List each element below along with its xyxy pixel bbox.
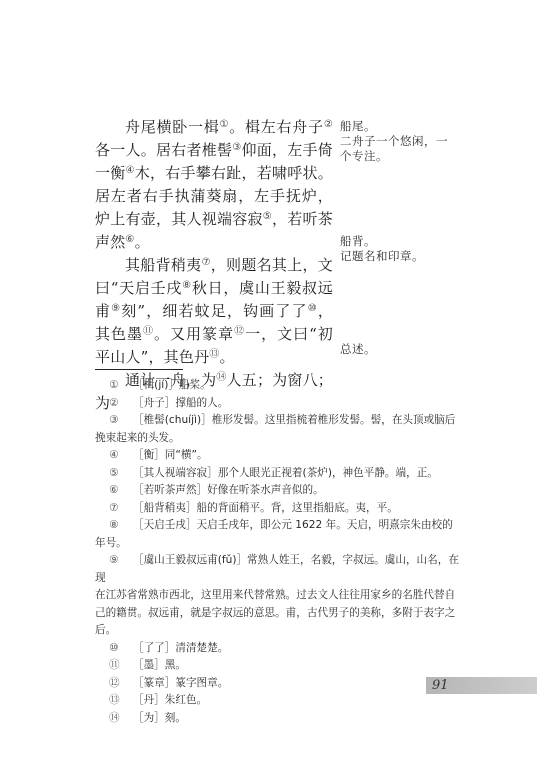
footnote-marker: ⑫ [234, 326, 245, 337]
footnote-text: ［若听茶声然］好像在听茶水声音似的。 [133, 484, 324, 496]
footnote-text: ［为］刻。 [133, 712, 186, 724]
footnote-text: ［天启壬戌］天启壬戌年，即公元 1622 年。天启，明熹宗朱由校的年号。 [95, 519, 453, 549]
footnote-marker: ② [324, 119, 333, 130]
footnote-item: ⑩［了了］清清楚楚。 [95, 640, 463, 658]
side-note-line: 总述。 [340, 342, 460, 357]
footnote-number: ③ [95, 412, 133, 430]
footnotes: ①［楫(jí)］船桨。②［舟子］撑船的人。③［椎髻(chuíjì)］椎形发髻。这… [95, 377, 463, 727]
footnote-item: ⑫［篆章］篆字图章。 [95, 675, 463, 693]
footnote-continuation: 挽束起来的头发。 [95, 430, 463, 448]
footnote-number: ⑩ [95, 640, 133, 658]
footnote-number: ⑥ [95, 482, 133, 500]
footnote-number: ⑪ [95, 657, 133, 675]
footnote-number: ⑭ [95, 710, 133, 728]
footnote-number: ② [95, 395, 133, 413]
footnote-marker: ⑩ [308, 303, 318, 314]
side-note-line: 记题名和印章。 [340, 249, 460, 264]
footnote-marker: ⑦ [201, 257, 210, 268]
footnote-text: ［衡］同“横”。 [133, 449, 208, 461]
footnote-text: ［楫(jí)］船桨。 [133, 379, 211, 391]
footnote-number: ⑧ [95, 517, 133, 535]
footnote-item: ⑤［其人视端容寂］那个人眼光正视着(茶炉)，神色平静。端，正。 [95, 465, 463, 483]
text-run: 其船背稍夷 [125, 256, 201, 274]
footnote-divider [95, 369, 183, 370]
side-note-line: 二舟子一个悠闲，一 [340, 134, 460, 149]
footnote-marker: ⑧ [182, 280, 192, 291]
footnote-item: ⑦［船背稍夷］船的背面稍平。背，这里指船底。夷，平。 [95, 500, 463, 518]
footnote-text: ［墨］黑。 [133, 659, 186, 671]
footnote-item: ⑪［墨］黑。 [95, 657, 463, 675]
footnote-item: ④［衡］同“横”。 [95, 447, 463, 465]
footnote-marker: ① [220, 119, 230, 130]
footnote-item: ③［椎髻(chuíjì)］椎形发髻。这里指梳着椎形发髻。髻，在头顶或脑后挽束起来… [95, 412, 463, 447]
footnote-item: ②［舟子］撑船的人。 [95, 395, 463, 413]
footnote-item: ⑧［天启壬戌］天启壬戌年，即公元 1622 年。天启，明熹宗朱由校的年号。 [95, 517, 463, 552]
footnote-item: ⑨［虞山王毅叔远甫(fǔ)］常熟人姓王，名毅，字叔远。虞山，山名，在现在江苏省常… [95, 552, 463, 640]
page-number-bar: 91 [426, 677, 537, 694]
page-number: 91 [432, 677, 449, 694]
footnote-item: ⑥［若听茶声然］好像在听茶水声音似的。 [95, 482, 463, 500]
footnote-number: ⑤ [95, 465, 133, 483]
text-run: 。楫左右舟子 [229, 118, 324, 136]
footnote-text: ［椎髻(chuíjì)］椎形发髻。这里指梳着椎形发髻。髻，在头顶或脑后 [133, 414, 455, 426]
footnote-text: ［船背稍夷］船的背面稍平。背，这里指船底。夷，平。 [133, 502, 398, 514]
text-run: 。 [135, 233, 150, 251]
footnote-marker: ⑪ [143, 326, 154, 337]
text-run: 。又用篆章 [154, 325, 234, 343]
text-run: 舟尾横卧一楫 [125, 118, 220, 136]
side-note-line: 船尾。 [340, 119, 460, 134]
footnote-text: ［丹］朱红色。 [133, 694, 207, 706]
side-note-line: 船背。 [340, 234, 460, 249]
footnote-text: ［舟子］撑船的人。 [133, 397, 228, 409]
footnote-text: ［篆章］篆字图章。 [133, 677, 228, 689]
footnote-number: ⑬ [95, 692, 133, 710]
paragraph-boat-back: 其船背稍夷⑦，则题名其上，文曰“天启壬戌⑧秋日，虞山王毅叔远甫⑨刻”，细若蚊足，… [95, 254, 333, 369]
footnote-marker: ⑨ [111, 303, 121, 314]
side-note: 船尾。二舟子一个悠闲，一个专注。 [340, 119, 460, 164]
side-note-line: 个专注。 [340, 149, 460, 164]
footnote-marker: ④ [126, 165, 135, 176]
footnote-text: ［虞山王毅叔远甫(fǔ)］常熟人姓王，名毅，字叔远。虞山，山名，在现 [95, 554, 459, 584]
text-run: 。 [219, 348, 234, 366]
footnote-item: ①［楫(jí)］船桨。 [95, 377, 463, 395]
text-run: 刻”，细若蚊足，钩画了了 [121, 302, 307, 320]
footnote-number: ⑨ [95, 552, 133, 570]
footnote-text: ［其人视端容寂］那个人眼光正视着(茶炉)，神色平静。端，正。 [133, 467, 438, 479]
footnote-number: ⑦ [95, 500, 133, 518]
footnote-continuation: 在江苏省常熟市西北，这里用来代替常熟。过去文人往往用家乡的名胜代替自己的籍贯。叔… [95, 587, 463, 640]
text-run: 各一人。居右者椎髻 [95, 141, 232, 159]
footnote-item: ⑬［丹］朱红色。 [95, 692, 463, 710]
paragraph-stern: 舟尾横卧一楫①。楫左右舟子②各一人。居右者椎髻③仰面，左手倚一衡④木，右手攀右趾… [95, 116, 333, 254]
side-note: 总述。 [340, 342, 460, 357]
footnote-marker: ⑥ [125, 234, 134, 245]
footnote-marker: ③ [232, 142, 241, 153]
footnote-number: ⑫ [95, 675, 133, 693]
footnote-item: ⑭［为］刻。 [95, 710, 463, 728]
side-note: 船背。记题名和印章。 [340, 234, 460, 264]
footnote-text: ［了了］清清楚楚。 [133, 642, 228, 654]
footnote-marker: ⑤ [263, 211, 272, 222]
footnote-marker: ⑬ [209, 349, 219, 360]
footnote-number: ① [95, 377, 133, 395]
main-text: 舟尾横卧一楫①。楫左右舟子②各一人。居右者椎髻③仰面，左手倚一衡④木，右手攀右趾… [95, 116, 333, 415]
footnote-number: ④ [95, 447, 133, 465]
